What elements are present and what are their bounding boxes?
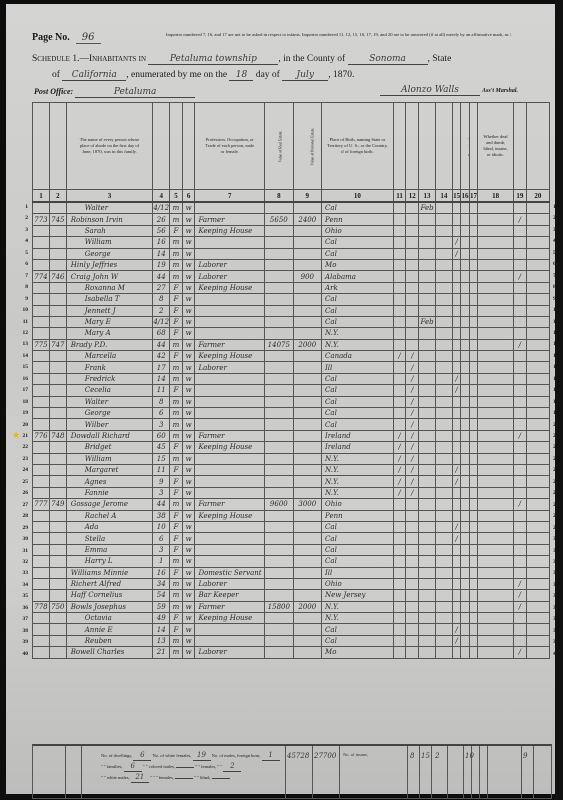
age: 16 xyxy=(153,567,170,578)
attended-school: / xyxy=(452,521,460,532)
disability xyxy=(478,499,514,510)
real-estate-value xyxy=(265,635,293,646)
birthplace: Cal xyxy=(322,305,394,316)
citizen-21 xyxy=(514,248,527,259)
sex: F xyxy=(170,385,183,396)
disability xyxy=(478,385,514,396)
mother-foreign: / xyxy=(406,453,419,464)
sex: m xyxy=(170,408,183,419)
birthplace: N.Y. xyxy=(322,453,394,464)
personal-estate-value: 2400 xyxy=(293,214,321,225)
color: w xyxy=(182,510,195,521)
father-foreign xyxy=(393,613,406,624)
color: w xyxy=(182,248,195,259)
father-foreign xyxy=(393,635,406,646)
sex: m xyxy=(170,259,183,270)
sex: F xyxy=(170,351,183,362)
line-number-left: 7 xyxy=(14,273,28,279)
family-number xyxy=(49,351,66,362)
table-row: Cecelia11FwCal// xyxy=(33,385,550,396)
vote-denied xyxy=(526,339,549,350)
sex: F xyxy=(170,544,183,555)
sex: F xyxy=(170,282,183,293)
dwelling-number: 778 xyxy=(33,601,50,612)
married-within-year xyxy=(435,237,452,248)
schedule-label: Schedule 1.—Inhabitants in xyxy=(32,54,146,64)
personal-estate-value xyxy=(293,521,321,532)
line-number-left: 2 xyxy=(14,215,28,221)
sex: m xyxy=(170,578,183,589)
vote-denied xyxy=(526,225,549,236)
color: w xyxy=(182,567,195,578)
person-name: Ada xyxy=(66,521,153,532)
sex: m xyxy=(170,237,183,248)
person-name: Craig John W xyxy=(66,271,153,282)
real-estate-value xyxy=(265,556,293,567)
sex: m xyxy=(170,590,183,601)
col-header-16: Cannot read. xyxy=(461,103,469,190)
person-name: Agnes xyxy=(66,476,153,487)
personal-estate-value xyxy=(293,396,321,407)
table-row: Haff Cornelius54mwBar KeeperNew Jersey/ xyxy=(33,590,550,601)
attended-school: / xyxy=(452,476,460,487)
age: 27 xyxy=(153,282,170,293)
line-number-left: 17 xyxy=(14,387,28,393)
citizen-21 xyxy=(514,464,527,475)
citizen-21 xyxy=(514,294,527,305)
citizen-21 xyxy=(514,328,527,339)
line-number-left: 34 xyxy=(14,582,28,588)
citizen-21 xyxy=(514,202,527,214)
state-label: , State xyxy=(428,54,452,64)
col-header-18: Whether deaf and dumb, blind, insane, or… xyxy=(478,103,514,190)
table-row: Bowell Charles21mwLaborerMo/ xyxy=(33,647,550,658)
dwelling-number: 774 xyxy=(33,271,50,282)
table-row: Agnes9FwN.Y./// xyxy=(33,476,550,487)
family-number: 746 xyxy=(49,271,66,282)
line-number-left: 30 xyxy=(14,536,28,542)
married-within-year xyxy=(435,487,452,498)
attended-school xyxy=(452,225,460,236)
real-estate-value: 5650 xyxy=(265,214,293,225)
personal-estate-value xyxy=(293,613,321,624)
sex: m xyxy=(170,373,183,384)
disability xyxy=(478,635,514,646)
birthplace: Cal xyxy=(322,533,394,544)
person-name: Hinly Jeffries xyxy=(66,259,153,270)
occupation xyxy=(195,396,265,407)
column-headers: Dwelling-houses, numbered in the order o… xyxy=(33,103,550,190)
age: 56 xyxy=(153,225,170,236)
color: w xyxy=(182,521,195,532)
state-field: California xyxy=(62,70,126,81)
family-number xyxy=(49,225,66,236)
real-estate-value xyxy=(265,248,293,259)
person-name: Reuben xyxy=(66,635,153,646)
families-value: 6 xyxy=(124,761,142,772)
person-name: Roxanna M xyxy=(66,282,153,293)
father-foreign xyxy=(393,225,406,236)
insane-label: No. of insane, xyxy=(343,752,368,757)
birthplace: Ireland xyxy=(322,430,394,441)
cannot-read xyxy=(461,408,469,419)
line-number-left: 24 xyxy=(14,467,28,473)
table-row: Mary E4/12FwCalFeb xyxy=(33,316,550,327)
cannot-write xyxy=(469,430,477,441)
col-header-6: Color.—White (W.), Black (B.), Mulatto (… xyxy=(182,103,195,190)
citizen-21 xyxy=(514,305,527,316)
cannot-read xyxy=(461,294,469,305)
father-foreign xyxy=(393,624,406,635)
occupation: Keeping House xyxy=(195,225,265,236)
occupation: Farmer xyxy=(195,601,265,612)
disability xyxy=(478,316,514,327)
county-label: , in the County of xyxy=(278,54,345,64)
citizen-21 xyxy=(514,613,527,624)
table-row: William15mwN.Y.// xyxy=(33,453,550,464)
personal-estate-value xyxy=(293,259,321,270)
birthplace: N.Y. xyxy=(322,464,394,475)
col-num: 19 xyxy=(514,190,527,203)
father-foreign xyxy=(393,259,406,270)
census-sheet: Page No.96 Inquiries numbered 7, 16, and… xyxy=(6,4,558,794)
cannot-read xyxy=(461,328,469,339)
birthplace: Cal xyxy=(322,635,394,646)
father-foreign xyxy=(393,328,406,339)
table-row: Annie E14FwCal/ xyxy=(33,624,550,635)
person-name: Walter xyxy=(66,202,153,214)
table-row: Fredrick14mwCal// xyxy=(33,373,550,384)
personal-estate-value: 900 xyxy=(293,271,321,282)
person-name: Brady P.D. xyxy=(66,339,153,350)
age: 3 xyxy=(153,544,170,555)
mother-foreign: / xyxy=(406,362,419,373)
personal-estate-value xyxy=(293,476,321,487)
occupation: Keeping House xyxy=(195,351,265,362)
born-within-year xyxy=(419,635,436,646)
married-within-year xyxy=(435,430,452,441)
real-estate-value: 15800 xyxy=(265,601,293,612)
born-within-year xyxy=(419,499,436,510)
cannot-read xyxy=(461,362,469,373)
mother-foreign xyxy=(406,214,419,225)
real-estate-value xyxy=(265,544,293,555)
disability xyxy=(478,521,514,532)
real-estate-value xyxy=(265,613,293,624)
col12-total: 15 xyxy=(421,752,430,760)
real-estate-value xyxy=(265,351,293,362)
disability xyxy=(478,351,514,362)
occupation: Keeping House xyxy=(195,613,265,624)
occupation xyxy=(195,635,265,646)
table-row: Margaret11FwN.Y./// xyxy=(33,464,550,475)
born-within-year xyxy=(419,647,436,658)
person-name: Bowell Charles xyxy=(66,647,153,658)
attended-school xyxy=(452,351,460,362)
birthplace: Cal xyxy=(322,624,394,635)
occupation xyxy=(195,476,265,487)
col-num: 6 xyxy=(182,190,195,203)
cannot-read xyxy=(461,578,469,589)
personal-estate-value xyxy=(293,510,321,521)
real-estate-total: 45728 xyxy=(287,752,309,760)
age: 10 xyxy=(153,521,170,532)
birthplace: Penn xyxy=(322,214,394,225)
age: 1 xyxy=(153,556,170,567)
attended-school: / xyxy=(452,373,460,384)
sex: m xyxy=(170,647,183,658)
birthplace: Cal xyxy=(322,419,394,430)
sex: F xyxy=(170,521,183,532)
dwelling-number: 777 xyxy=(33,499,50,510)
sex: m xyxy=(170,248,183,259)
married-within-year xyxy=(435,362,452,373)
cannot-read xyxy=(461,442,469,453)
citizen-21 xyxy=(514,237,527,248)
birthplace: Cal xyxy=(322,237,394,248)
father-foreign: / xyxy=(393,453,406,464)
cannot-write xyxy=(469,351,477,362)
mother-foreign xyxy=(406,237,419,248)
father-foreign xyxy=(393,237,406,248)
color: w xyxy=(182,601,195,612)
attended-school: / xyxy=(452,635,460,646)
cannot-read xyxy=(461,590,469,601)
age: 8 xyxy=(153,396,170,407)
citizen-21 xyxy=(514,396,527,407)
census-table: Dwelling-houses, numbered in the order o… xyxy=(32,102,550,659)
family-number xyxy=(49,328,66,339)
sex: m xyxy=(170,419,183,430)
cannot-write xyxy=(469,362,477,373)
married-within-year xyxy=(435,464,452,475)
cannot-read xyxy=(461,214,469,225)
person-name: Frank xyxy=(66,362,153,373)
enumerated-label: , enumerated by me on the xyxy=(126,70,227,80)
line-number-left: 6 xyxy=(14,261,28,267)
real-estate-value xyxy=(265,567,293,578)
col-num: 8 xyxy=(265,190,293,203)
occupation xyxy=(195,294,265,305)
occupation: Keeping House xyxy=(195,442,265,453)
father-foreign xyxy=(393,590,406,601)
cannot-read xyxy=(461,419,469,430)
father-foreign: / xyxy=(393,430,406,441)
color: w xyxy=(182,453,195,464)
col-header-11: Father of foreign birth. xyxy=(393,103,406,190)
table-row: Stella6FwCal/ xyxy=(33,533,550,544)
color: w xyxy=(182,202,195,214)
person-name: Richert Alfred xyxy=(66,578,153,589)
personal-estate-value xyxy=(293,590,321,601)
mother-foreign: / xyxy=(406,442,419,453)
color: w xyxy=(182,624,195,635)
age: 2 xyxy=(153,305,170,316)
citizen-21 xyxy=(514,362,527,373)
table-row: Fannie3FwN.Y.// xyxy=(33,487,550,498)
father-foreign: / xyxy=(393,351,406,362)
vote-denied xyxy=(526,499,549,510)
cannot-write xyxy=(469,647,477,658)
birthplace: New Jersey xyxy=(322,590,394,601)
age: 34 xyxy=(153,578,170,589)
personal-estate-value xyxy=(293,635,321,646)
married-within-year xyxy=(435,328,452,339)
cannot-write xyxy=(469,578,477,589)
table-row: Richert Alfred34mwLaborerOhio/ xyxy=(33,578,550,589)
table-row: Wilber3mwCal/ xyxy=(33,419,550,430)
vote-denied xyxy=(526,430,549,441)
line-number-left: 28 xyxy=(14,513,28,519)
table-row: Jennett J2FwCal xyxy=(33,305,550,316)
attended-school xyxy=(452,442,460,453)
married-within-year xyxy=(435,271,452,282)
post-office-field: Petaluma xyxy=(75,87,195,98)
line-number-left: 16 xyxy=(14,376,28,382)
dwelling-number xyxy=(33,282,50,293)
cannot-write xyxy=(469,613,477,624)
attended-school xyxy=(452,556,460,567)
family-number xyxy=(49,259,66,270)
father-foreign xyxy=(393,385,406,396)
attended-school xyxy=(452,282,460,293)
married-within-year xyxy=(435,225,452,236)
disability xyxy=(478,294,514,305)
col-num: 20 xyxy=(526,190,549,203)
person-name: Annie E xyxy=(66,624,153,635)
father-foreign xyxy=(393,419,406,430)
line-number-left: 23 xyxy=(14,456,28,462)
person-name: Margaret xyxy=(66,464,153,475)
col-num: 14 xyxy=(435,190,452,203)
white-males-label: " " white males, xyxy=(101,775,130,780)
mother-foreign: / xyxy=(406,373,419,384)
occupation xyxy=(195,533,265,544)
col-num: 9 xyxy=(293,190,321,203)
color: w xyxy=(182,259,195,270)
attended-school xyxy=(452,305,460,316)
citizen-21: / xyxy=(514,647,527,658)
personal-estate-value xyxy=(293,305,321,316)
table-row: William16mwCal/ xyxy=(33,237,550,248)
married-within-year xyxy=(435,214,452,225)
color: w xyxy=(182,499,195,510)
dwellings-label: No. of dwellings, xyxy=(101,753,132,758)
sex: F xyxy=(170,510,183,521)
col-header-12: Mother of foreign birth. xyxy=(406,103,419,190)
dwelling-number xyxy=(33,396,50,407)
born-within-year xyxy=(419,396,436,407)
dwelling-number xyxy=(33,202,50,214)
vote-denied xyxy=(526,316,549,327)
col-header-15: Attended school within the year. xyxy=(452,103,460,190)
table-row: George14mwCal/ xyxy=(33,248,550,259)
cannot-read xyxy=(461,396,469,407)
color: w xyxy=(182,635,195,646)
dwelling-number xyxy=(33,316,50,327)
family-number xyxy=(49,237,66,248)
mother-foreign xyxy=(406,282,419,293)
real-estate-value xyxy=(265,590,293,601)
color: w xyxy=(182,362,195,373)
birthplace: Cal xyxy=(322,544,394,555)
disability xyxy=(478,544,514,555)
col13-total: 2 xyxy=(435,752,439,760)
mother-foreign: / xyxy=(406,419,419,430)
age: 6 xyxy=(153,408,170,419)
age: 42 xyxy=(153,351,170,362)
family-number xyxy=(49,316,66,327)
father-foreign xyxy=(393,305,406,316)
white-females-value: 19 xyxy=(193,750,211,761)
father-foreign xyxy=(393,544,406,555)
color: w xyxy=(182,556,195,567)
attended-school xyxy=(452,328,460,339)
line-number-left: 12 xyxy=(14,330,28,336)
age: 60 xyxy=(153,430,170,441)
sex: m xyxy=(170,362,183,373)
disability xyxy=(478,578,514,589)
line-number-left: 27 xyxy=(14,502,28,508)
col-num: 17 xyxy=(469,190,477,203)
married-within-year xyxy=(435,647,452,658)
line-number-left: 3 xyxy=(14,227,28,233)
age: 44 xyxy=(153,339,170,350)
cannot-write xyxy=(469,567,477,578)
birthplace: N.Y. xyxy=(322,613,394,624)
cannot-write xyxy=(469,453,477,464)
family-number: 745 xyxy=(49,214,66,225)
mother-foreign: / xyxy=(406,464,419,475)
attended-school xyxy=(452,487,460,498)
dwelling-number xyxy=(33,237,50,248)
disability xyxy=(478,624,514,635)
age: 11 xyxy=(153,464,170,475)
cannot-read xyxy=(461,544,469,555)
table-row: Walter8mwCal/ xyxy=(33,396,550,407)
vote-denied xyxy=(526,214,549,225)
dwelling-number xyxy=(33,613,50,624)
table-row: Bridget45FwKeeping HouseIreland// xyxy=(33,442,550,453)
col-header-20: Male Citizens of U. S. of 21 years of ag… xyxy=(526,103,549,190)
vote-denied xyxy=(526,533,549,544)
dwelling-number xyxy=(33,544,50,555)
disability xyxy=(478,408,514,419)
disability xyxy=(478,225,514,236)
real-estate-value xyxy=(265,430,293,441)
col-num: 16 xyxy=(461,190,469,203)
disability xyxy=(478,248,514,259)
birthplace: Cal xyxy=(322,373,394,384)
dwelling-number xyxy=(33,533,50,544)
born-within-year xyxy=(419,351,436,362)
personal-estate-value xyxy=(293,578,321,589)
family-number xyxy=(49,305,66,316)
cannot-write xyxy=(469,487,477,498)
sex: F xyxy=(170,476,183,487)
table-row: 775747Brady P.D.44mwFarmer140752000N.Y./ xyxy=(33,339,550,350)
marshal-label: Ass't Marshal. xyxy=(482,88,518,94)
mother-foreign xyxy=(406,316,419,327)
vote-denied xyxy=(526,202,549,214)
family-number: 748 xyxy=(49,430,66,441)
color: w xyxy=(182,487,195,498)
township-field: Petaluma township xyxy=(148,54,278,65)
day-field: 18 xyxy=(229,70,253,81)
family-number xyxy=(49,453,66,464)
age: 44 xyxy=(153,271,170,282)
sex: F xyxy=(170,225,183,236)
